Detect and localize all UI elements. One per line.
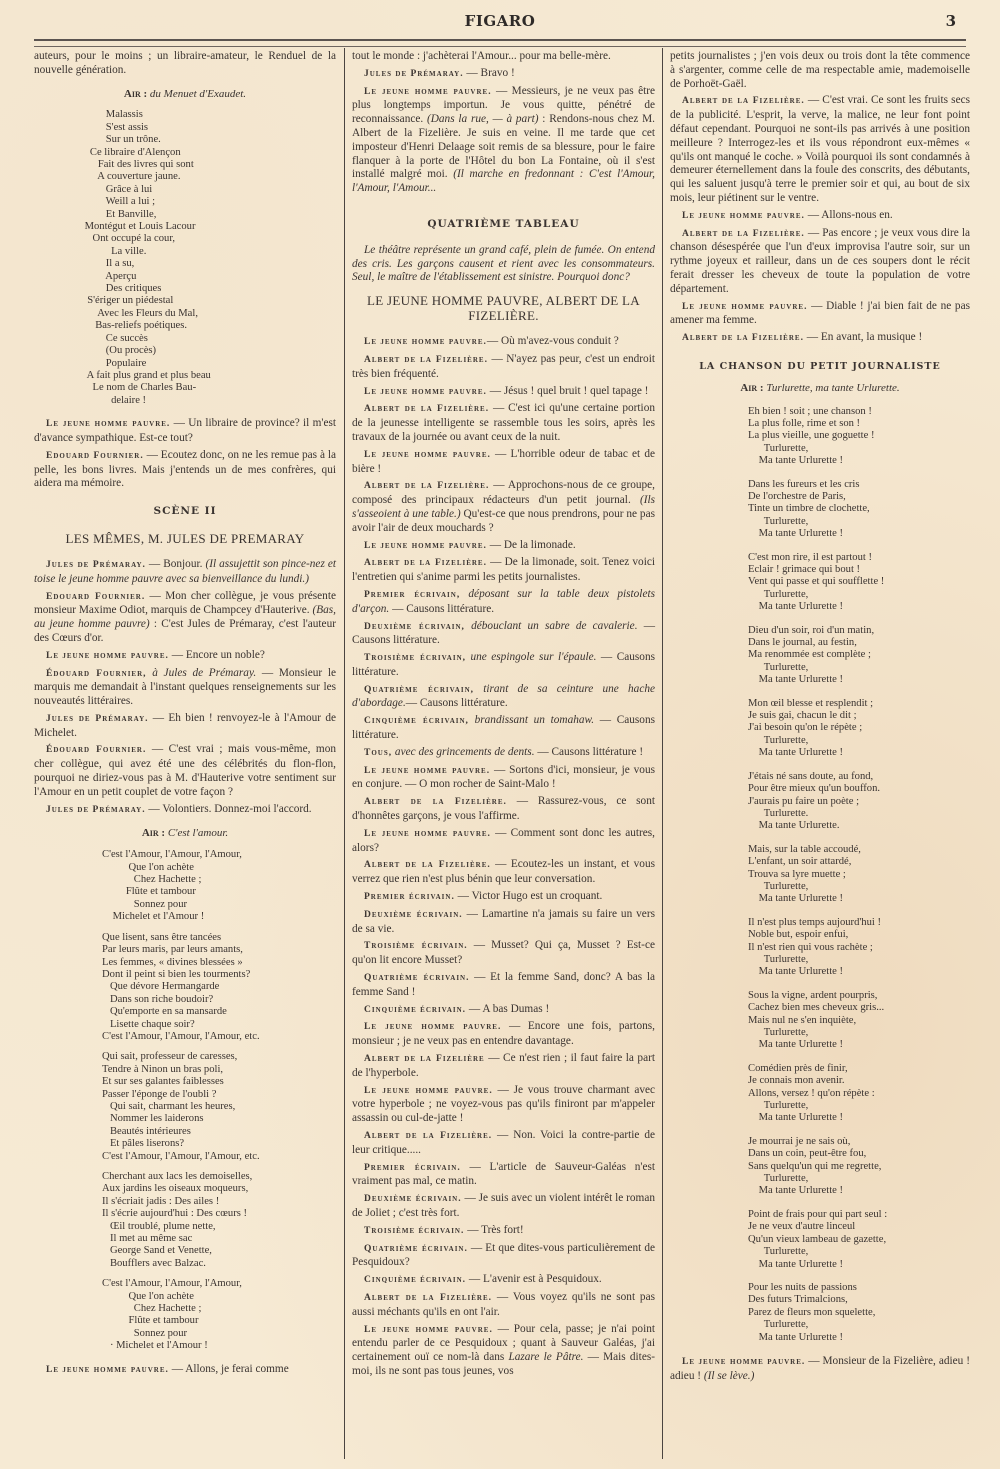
verse-line: Sous la vigne, ardent pourpris, xyxy=(748,990,948,1002)
stage-direction: débouclant un sabre de cavalerie. xyxy=(465,620,638,632)
dialogue-line: Le jeune homme pauvre. — Allons, je fera… xyxy=(34,1363,336,1378)
verse-line: Qu'emporte en sa mansarde xyxy=(102,1006,332,1018)
verse-line: Trouva sa lyre muette ; xyxy=(748,869,948,881)
verse-line: Et sur ses galantes faiblesses xyxy=(102,1076,332,1088)
stage-direction: (Dans la rue, — à part) xyxy=(427,113,539,125)
speaker-name: Édouard Fournier. xyxy=(46,745,146,755)
dialogue-line: Le jeune homme pauvre. — Encore un noble… xyxy=(34,649,336,664)
verse-line: Dans le journal, au festin, xyxy=(748,637,948,649)
stage-direction: (Il se lève.) xyxy=(704,1370,755,1382)
verse-line: Ma tante Urlurette ! xyxy=(748,1039,948,1051)
speaker-name: Albert de la Fizelière. xyxy=(364,404,489,414)
speaker-name: Edouard Fournier. xyxy=(46,592,145,602)
verse-line: Comédien près de finir, xyxy=(748,1063,948,1075)
dialogue-line: Albert de la Fizelière — Ce n'est rien ;… xyxy=(352,1052,655,1081)
verse-line: Turlurette, xyxy=(748,1319,948,1331)
verse-line: Je mourrai je ne sais où, xyxy=(748,1136,948,1148)
verse-line: Ma tante Urlurette ! xyxy=(748,893,948,905)
verse-line: Vent qui passe et qui soufflette ! xyxy=(748,576,948,588)
stage-direction: à Jules de Prémaray. xyxy=(147,667,257,679)
speech: — Volontiers. Donnez-moi l'accord. xyxy=(146,803,312,815)
column-divider xyxy=(344,48,345,1459)
speaker-name: Le jeune homme pauvre. xyxy=(46,651,169,661)
verse-line: Turlurette, xyxy=(748,589,948,601)
verse-line: delaire ! xyxy=(74,395,304,407)
speech: — A bas Dumas ! xyxy=(466,1003,549,1015)
verse-line: Noble but, espoir enfui, xyxy=(748,929,948,941)
verse-line: Pour les nuits de passions xyxy=(748,1282,948,1294)
verse-line: Nommer les laiderons xyxy=(102,1113,332,1125)
verse-line: Ma tante Urlurette ! xyxy=(748,1332,948,1344)
stanza: Pour les nuits de passionsDes futurs Tri… xyxy=(748,1282,948,1344)
verse-line: Allons, versez ! qu'on répète : xyxy=(748,1088,948,1100)
speaker-name: Le jeune homme pauvre. xyxy=(364,337,487,347)
speaker-name: Troisième écrivain. xyxy=(364,1226,464,1236)
stanza: C'est mon rire, il est partout !Eclair !… xyxy=(748,552,948,614)
verse-line: De l'orchestre de Paris, xyxy=(748,491,948,503)
verse-line: Turlurette, xyxy=(748,1027,948,1039)
dialogue-line: Deuxième écrivain, débouclant un sabre d… xyxy=(352,620,655,649)
speech: — Bravo ! xyxy=(464,67,515,79)
speaker-name: Troisième écrivain. xyxy=(364,941,468,951)
verse-line: C'est l'Amour, l'Amour, l'Amour, xyxy=(102,1278,332,1290)
stanza: Comédien près de finir,Je connais mon av… xyxy=(748,1063,948,1125)
verse-line: Cachez bien mes cheveux gris... xyxy=(748,1002,948,1014)
verse-line: C'est l'Amour, l'Amour, l'Amour, xyxy=(102,849,312,861)
stanza: Je mourrai je ne sais où,Dans un coin, p… xyxy=(748,1136,948,1198)
verse-line: Et pâles liserons? xyxy=(102,1138,332,1150)
stage-direction: brandissant un tomahaw. xyxy=(469,714,594,726)
dialogue-line: Le jeune homme pauvre. — Je vous trouve … xyxy=(352,1084,655,1126)
verse-line: Ma renommée est complète ; xyxy=(748,649,948,661)
paragraph: tout le monde : j'achèterai l'Amour... p… xyxy=(352,50,655,64)
verse-line: Dieu d'un soir, roi d'un matin, xyxy=(748,625,948,637)
stage-direction: Le théâtre représente un grand café, ple… xyxy=(352,244,655,285)
speaker-name: Albert de la Fizelière. xyxy=(364,1131,492,1141)
dialogue-line: Le jeune homme pauvre. — Allons-nous en. xyxy=(670,209,970,224)
speaker-name: Le jeune homme pauvre. xyxy=(682,1357,805,1367)
dialogue-line: Deuxième écrivain. — Lamartine n'a jamai… xyxy=(352,908,655,937)
dialogue-line: Albert de la Fizelière. — Rassurez-vous,… xyxy=(352,795,655,824)
speaker-name: Quatrième écrivain. xyxy=(364,973,469,983)
speaker-name: Albert de la Fizelière. xyxy=(364,797,507,807)
speech: — Causons littérature. xyxy=(406,697,508,709)
speaker-name: Deuxième écrivain. xyxy=(364,1194,462,1204)
verse-line: Passer l'éponge de l'oubli ? xyxy=(102,1089,332,1101)
verse-line: Il s'écrie aujourd'hui : Des cœurs ! xyxy=(102,1208,332,1220)
dialogue-line: Troisième écrivain. — Très fort! xyxy=(352,1224,655,1239)
verse-line: Aux jardins les oiseaux moqueurs, xyxy=(102,1183,332,1195)
dialogue-line: Le jeune homme pauvre. — Encore une fois… xyxy=(352,1020,655,1049)
verse-line: Turlurette, xyxy=(748,1246,948,1258)
speaker-name: Albert de la Fizelière. xyxy=(682,229,805,239)
column-3: petits journalistes ; j'en vois deux ou … xyxy=(670,50,970,1387)
dialogue-line: Albert de la Fizelière. — Ecoutez-les un… xyxy=(352,858,655,887)
verse-line: Turlurette, xyxy=(748,1100,948,1112)
verse-line: A couverture jaune. xyxy=(74,171,304,183)
verse-line: Turlurette, xyxy=(748,1173,948,1185)
dialogue-line: Albert de la Fizelière. — Non. Voici la … xyxy=(352,1129,655,1158)
verse-line: Turlurette, xyxy=(748,954,948,966)
verse-line: Turlurette, xyxy=(748,662,948,674)
speaker-name: Albert de la Fizelière xyxy=(364,1054,485,1064)
speech: — Très fort! xyxy=(464,1224,523,1236)
verse: Malassis S'est assis Sur un trône. Ce li… xyxy=(74,109,304,407)
stanza: Dieu d'un soir, roi d'un matin,Dans le j… xyxy=(748,625,948,687)
speaker-name: Albert de la Fizelière. xyxy=(682,333,804,343)
dialogue-line: Cinquième écrivain, brandissant un tomah… xyxy=(352,714,655,743)
dialogue-line: Édouard Fournier. — C'est vrai ; mais vo… xyxy=(34,743,336,799)
speech: — Jésus ! quel bruit ! quel tapage ! xyxy=(487,385,649,397)
verse-line: Turlurette, xyxy=(748,735,948,747)
stanza: Il n'est plus temps aujourd'hui !Noble b… xyxy=(748,917,948,979)
verse-line: Cherchant aux lacs les demoiselles, xyxy=(102,1171,332,1183)
verse-line: C'est mon rire, il est partout ! xyxy=(748,552,948,564)
dialogue-line: Jules de Prémaray. — Bravo ! xyxy=(352,67,655,82)
verse-line: Pour être mieux qu'un bouffon. xyxy=(748,783,948,795)
dialogue-line: Tous, avec des grincements de dents. — C… xyxy=(352,746,655,761)
speaker-name: Édouard Fournier, xyxy=(46,669,147,679)
header-rule xyxy=(34,39,966,47)
verse-line: Il met au même sac xyxy=(102,1233,332,1245)
page-number: 3 xyxy=(946,12,956,30)
dialogue-line: Albert de la Fizelière. — En avant, la m… xyxy=(670,331,970,346)
verse-line: Chez Hachette ; xyxy=(102,874,312,886)
verse-line: Sonnez pour xyxy=(102,899,312,911)
verse-line: Ce succès xyxy=(74,333,304,345)
verse-line: Turlurette. xyxy=(748,808,948,820)
verse-line: Sans quelqu'un qui me regrette, xyxy=(748,1161,948,1173)
speech: — L'avenir est à Pesquidoux. xyxy=(466,1273,602,1285)
verse-line: Parez de fleurs mon squelette, xyxy=(748,1307,948,1319)
stanza: Dans les fureurs et les crisDe l'orchest… xyxy=(748,479,948,541)
dialogue-line: Le jeune homme pauvre. — Monsieur de la … xyxy=(670,1355,970,1384)
dialogue-line: Édouard Fournier, à Jules de Prémaray. —… xyxy=(34,667,336,709)
verse-line: Michelet et l'Amour ! xyxy=(102,911,312,923)
verse-line: Que l'on achète xyxy=(102,862,312,874)
verse-line: C'est l'Amour, l'Amour, l'Amour, etc. xyxy=(102,1151,332,1163)
verse-line: Ma tante Urlurette. xyxy=(748,820,948,832)
verse-line: Dans les fureurs et les cris xyxy=(748,479,948,491)
verse-line: Malassis xyxy=(74,109,304,121)
speech: — Allons-nous en. xyxy=(805,209,893,221)
speech: — Causons littérature. xyxy=(389,603,494,615)
verse-line: Ma tante Urlurette ! xyxy=(748,1112,948,1124)
stage-direction: Lazare le Pâtre. xyxy=(508,1351,583,1363)
column-divider xyxy=(662,48,663,1459)
verse-line: Ma tante Urlurette ! xyxy=(748,1185,948,1197)
verse-line: Mais, sur la table accoudé, xyxy=(748,844,948,856)
dialogue-line: Premier écrivain, déposant sur la table … xyxy=(352,588,655,617)
verse-line: La plus vieille, une goguette ! xyxy=(748,430,948,442)
speaker-name: Albert de la Fizelière. xyxy=(364,481,489,491)
verse-line: Boufflers avec Balzac. xyxy=(102,1258,332,1270)
stage-direction: une espingole sur l'épaule. xyxy=(466,651,596,663)
dialogue-line: Le jeune homme pauvre. — Jésus ! quel br… xyxy=(352,385,655,400)
verse-line: Dans un coin, peut-être fou, xyxy=(748,1148,948,1160)
verse-line: Qui sait, professeur de caresses, xyxy=(102,1051,332,1063)
verse-line: Dans son riche boudoir? xyxy=(102,994,332,1006)
verse-line: Grâce à lui xyxy=(74,184,304,196)
dialogue-line: Albert de la Fizelière. — C'est vrai. Ce… xyxy=(670,94,970,205)
verse-line: George Sand et Venette, xyxy=(102,1245,332,1257)
verse-line: Des critiques xyxy=(74,283,304,295)
dialogue-line: Le jeune homme pauvre. — Pour cela, pass… xyxy=(352,1323,655,1379)
tableau-title: QUATRIÈME TABLEAU xyxy=(352,218,655,232)
verse-line: Chez Hachette ; xyxy=(102,1303,332,1315)
speaker-name: Albert de la Fizelière. xyxy=(364,860,491,870)
dialogue-line: Jules de Prémaray. — Volontiers. Donnez-… xyxy=(34,803,336,818)
dialogue-line: Albert de la Fizelière. — C'est ici qu'u… xyxy=(352,402,655,444)
verse-line: J'aurais pu faire un poète ; xyxy=(748,796,948,808)
dialogue-line: Le jeune homme pauvre. — Un libraire de … xyxy=(34,417,336,446)
scene-heading: LE JEUNE HOMME PAUVRE, ALBERT DE LA FIZE… xyxy=(352,293,655,323)
speech: — Encore un noble? xyxy=(169,649,265,661)
dialogue-line: Premier écrivain. — Victor Hugo est un c… xyxy=(352,890,655,905)
verse-line: Tinte un timbre de clochette, xyxy=(748,503,948,515)
verse-line: Ont occupé la cour, xyxy=(74,233,304,245)
speaker-name: Jules de Prémaray. xyxy=(46,714,149,724)
verse-line: Sur un trône. xyxy=(74,134,304,146)
verse-line: J'étais né sans doute, au fond, xyxy=(748,771,948,783)
verse-line: Ma tante Urlurette ! xyxy=(748,455,948,467)
verse-line: Des futurs Trimalcions, xyxy=(748,1294,948,1306)
speaker-name: Albert de la Fizelière. xyxy=(364,558,487,568)
stanza: Sous la vigne, ardent pourpris,Cachez bi… xyxy=(748,990,948,1052)
masthead: FIGARO 3 xyxy=(34,8,966,36)
speaker-name: Jules de Prémaray. xyxy=(46,560,146,570)
verse-line: Montégut et Louis Lacour xyxy=(74,221,304,233)
speaker-name: Le jeune homme pauvre. xyxy=(364,1086,493,1096)
dialogue-line: Le jeune homme pauvre. — Comment sont do… xyxy=(352,827,655,856)
verse-line: Que dévore Hermangarde xyxy=(102,981,332,993)
speech: — C'est vrai. Ce sont les fruits secs de… xyxy=(670,94,970,204)
verse: Cherchant aux lacs les demoiselles,Aux j… xyxy=(102,1171,332,1270)
dialogue-line: Le jeune homme pauvre.— Où m'avez-vous c… xyxy=(352,335,655,350)
stanza: Eh bien ! soit ; une chanson !La plus fo… xyxy=(748,406,948,468)
speaker-name: Cinquième écrivain, xyxy=(364,716,469,726)
speech: — Où m'avez-vous conduit ? xyxy=(487,335,619,347)
verse-line: Dont il peint si bien les tourments? xyxy=(102,969,332,981)
verse-line: Que lisent, sans être tancées xyxy=(102,932,332,944)
dialogue-line: Quatrième écrivain, tirant de sa ceintur… xyxy=(352,683,655,712)
speaker-name: Le jeune homme pauvre. xyxy=(364,387,487,397)
speaker-name: Quatrième écrivain, xyxy=(364,685,474,695)
verse-line: Et Banville, xyxy=(74,209,304,221)
dialogue-line: Deuxième écrivain. — Je suis avec un vio… xyxy=(352,1192,655,1221)
paragraph: auteurs, pour le moins ; un libraire-ama… xyxy=(34,50,336,78)
verse-line: Mais nul ne s'en inquiète, xyxy=(748,1015,948,1027)
speaker-name: Deuxième écrivain, xyxy=(364,622,465,632)
dialogue-line: Edouard Fournier. — Mon cher collègue, j… xyxy=(34,590,336,646)
verse: C'est l'Amour, l'Amour, l'Amour, Que l'o… xyxy=(102,849,312,923)
verse-line: Aperçu xyxy=(74,271,304,283)
column-1: auteurs, pour le moins ; un libraire-ama… xyxy=(34,50,336,1381)
speaker-name: Tous, xyxy=(364,748,392,758)
verse-line: Lisette chaque soir? xyxy=(102,1019,332,1031)
verse-line: Œil troublé, plume nette, xyxy=(102,1221,332,1233)
stanza: Mais, sur la table accoudé,L'enfant, un … xyxy=(748,844,948,906)
verse-line: Turlurette, xyxy=(748,443,948,455)
verse-line: La plus folle, rime et son ! xyxy=(748,418,948,430)
speaker-name: Cinquième écrivain. xyxy=(364,1275,466,1285)
dialogue-line: Albert de la Fizelière. — Pas encore ; j… xyxy=(670,227,970,297)
verse: Que lisent, sans être tancéesPar leurs m… xyxy=(102,932,332,1044)
speaker-name: Premier écrivain. xyxy=(364,892,455,902)
speaker-name: Albert de la Fizelière. xyxy=(364,355,488,365)
verse-line: Que l'on achète xyxy=(102,1291,332,1303)
verse-line: Weill a lui ; xyxy=(74,196,304,208)
speaker-name: Quatrième écrivain. xyxy=(364,1244,468,1254)
speaker-name: Albert de la Fizelière. xyxy=(682,96,805,106)
speaker-name: Cinquième écrivain. xyxy=(364,1005,466,1015)
stanza: J'étais né sans doute, au fond,Pour être… xyxy=(748,771,948,833)
verse-line: Flûte et tambour xyxy=(102,886,312,898)
speech: — Allons, je ferai comme xyxy=(169,1363,289,1375)
dialogue-line: Cinquième écrivain. — A bas Dumas ! xyxy=(352,1003,655,1018)
verse-line: S'est assis xyxy=(74,122,304,134)
air-line: Air : Turlurette, ma tante Urlurette. xyxy=(670,382,970,396)
verse: C'est l'Amour, l'Amour, l'Amour, Que l'o… xyxy=(102,1278,332,1352)
verse-line: Il n'est rien qui vous rachète ; xyxy=(748,942,948,954)
dialogue-line: Cinquième écrivain. — L'avenir est à Pes… xyxy=(352,1273,655,1288)
speaker-name: Jules de Prémaray. xyxy=(364,69,464,79)
column-2: tout le monde : j'achèterai l'Amour... p… xyxy=(352,50,655,1382)
verse-line: C'est l'Amour, l'Amour, l'Amour, etc. xyxy=(102,1031,332,1043)
verse-line: Ce libraire d'Alençon xyxy=(74,147,304,159)
speaker-name: Le jeune homme pauvre. xyxy=(364,829,491,839)
verse-line: Qui sait, charmant les heures, xyxy=(102,1101,332,1113)
verse-line: S'ériger un piédestal xyxy=(74,295,304,307)
verse-line: Turlurette, xyxy=(748,516,948,528)
verse-line: Fait des livres qui sont xyxy=(74,159,304,171)
air-line: Air : C'est l'amour. xyxy=(34,827,336,841)
speaker-name: Le jeune homme pauvre. xyxy=(364,1325,493,1335)
verse-line: Sonnez pour xyxy=(102,1328,332,1340)
verse-line: Il a su, xyxy=(74,258,304,270)
verse-line: Je suis gai, chacun le dit ; xyxy=(748,710,948,722)
speaker-name: Le jeune homme pauvre. xyxy=(364,87,492,97)
verse-line: Qu'un vieux lambeau de gazette, xyxy=(748,1234,948,1246)
speaker-name: Premier écrivain. xyxy=(364,1163,461,1173)
air-line: Air : du Menuet d'Exaudet. xyxy=(34,88,336,102)
speaker-name: Le jeune homme pauvre. xyxy=(682,211,805,221)
speaker-name: Le jeune homme pauvre. xyxy=(46,419,170,429)
verse-line: Les femmes, « divines blessées » xyxy=(102,957,332,969)
verse-line: Il s'écriait jadis : Des ailes ! xyxy=(102,1196,332,1208)
verse-line: Je ne veux d'autre linceul xyxy=(748,1221,948,1233)
dialogue-line: Le jeune homme pauvre. — Diable ! j'ai b… xyxy=(670,300,970,329)
song-title: LA CHANSON DU PETIT JOURNALISTE xyxy=(670,360,970,374)
verse-line: Ma tante Urlurette ! xyxy=(748,528,948,540)
speech: — De la limonade. xyxy=(487,539,576,551)
verse-line: J'ai besoin qu'on le répète ; xyxy=(748,722,948,734)
paragraph: petits journalistes ; j'en vois deux ou … xyxy=(670,50,970,91)
dialogue-line: Albert de la Fizelière. — De la limonade… xyxy=(352,556,655,585)
speaker-name: Troisième écrivain, xyxy=(364,653,466,663)
speech: — Causons littérature ! xyxy=(535,746,644,758)
speaker-name: Deuxième écrivain. xyxy=(364,910,463,920)
verse-line: Flûte et tambour xyxy=(102,1315,332,1327)
speech: — Bonjour. xyxy=(146,558,206,570)
speaker-name: Premier écrivain, xyxy=(364,590,460,600)
dialogue-line: Albert de la Fizelière. — N'ayez pas peu… xyxy=(352,353,655,382)
verse-line: Ma tante Urlurette ! xyxy=(748,966,948,978)
verse-line: Avec les Fleurs du Mal, xyxy=(74,308,304,320)
scene-title: SCÈNE II xyxy=(34,505,336,519)
verse-line: Eh bien ! soit ; une chanson ! xyxy=(748,406,948,418)
verse-line: Point de frais pour qui part seul : xyxy=(748,1209,948,1221)
dialogue-line: Le jeune homme pauvre. — Sortons d'ici, … xyxy=(352,764,655,793)
verse-line: Bas-reliefs poétiques. xyxy=(74,320,304,332)
verse-line: Ma tante Urlurette ! xyxy=(748,674,948,686)
verse-line: L'enfant, un soir attardé, xyxy=(748,856,948,868)
dialogue-line: Jules de Prémaray. — Eh bien ! renvoyez-… xyxy=(34,712,336,741)
dialogue-line: Quatrième écrivain. — Et la femme Sand, … xyxy=(352,971,655,1000)
speaker-name: Le jeune homme pauvre. xyxy=(682,302,807,312)
verse-line: La ville. xyxy=(74,246,304,258)
scene-heading: LES MÊMES, M. JULES DE PREMARAY xyxy=(34,531,336,546)
dialogue-line: Edouard Fournier. — Ecoutez donc, on ne … xyxy=(34,449,336,491)
speech: — En avant, la musique ! xyxy=(804,331,922,343)
dialogue-line: Jules de Prémaray. — Bonjour. (Il assuje… xyxy=(34,558,336,587)
dialogue-line: Albert de la Fizelière. — Vous voyez qu'… xyxy=(352,1291,655,1320)
dialogue-line: Troisième écrivain, une espingole sur l'… xyxy=(352,651,655,680)
stanza: Point de frais pour qui part seul :Je ne… xyxy=(748,1209,948,1271)
verse-line: Il n'est plus temps aujourd'hui ! xyxy=(748,917,948,929)
verse-line: Eclair ! grimace qui bout ! xyxy=(748,564,948,576)
newspaper-title: FIGARO xyxy=(34,12,966,30)
verse-line: Ma tante Urlurette ! xyxy=(748,747,948,759)
verse: Qui sait, professeur de caresses,Tendre … xyxy=(102,1051,332,1163)
speaker-name: Le jeune homme pauvre. xyxy=(364,450,491,460)
speaker-name: Le jeune homme pauvre. xyxy=(364,766,490,776)
verse-line: Je connais mon avenir. xyxy=(748,1075,948,1087)
verse-line: · Michelet et l'Amour ! xyxy=(102,1340,332,1352)
dialogue-line: Le jeune homme pauvre. — De la limonade. xyxy=(352,539,655,554)
dialogue-line: Quatrième écrivain. — Et que dites-vous … xyxy=(352,1242,655,1271)
verse-line: Populaire xyxy=(74,358,304,370)
verse-line: Par leurs maris, par leurs amants, xyxy=(102,944,332,956)
verse-line: Tendre à Ninon un bras poli, xyxy=(102,1064,332,1076)
dialogue-line: Troisième écrivain. — Musset? Qui ça, Mu… xyxy=(352,939,655,968)
verse-line: A fait plus grand et plus beau xyxy=(74,370,304,382)
speaker-name: Le jeune homme pauvre. xyxy=(364,541,487,551)
speaker-name: Edouard Fournier. xyxy=(46,451,144,461)
dialogue-line: Le jeune homme pauvre. — Messieurs, je n… xyxy=(352,85,655,196)
dialogue-line: Albert de la Fizelière. — Approchons-nou… xyxy=(352,479,655,535)
speaker-name: Le jeune homme pauvre. xyxy=(364,1022,501,1032)
dialogue-line: Le jeune homme pauvre. — L'horrible odeu… xyxy=(352,448,655,477)
speaker-name: Le jeune homme pauvre. xyxy=(46,1365,169,1375)
verse-line: (Ou procès) xyxy=(74,345,304,357)
stanza: Mon œil blesse et resplendit ;Je suis ga… xyxy=(748,698,948,760)
verse-line: Turlurette, xyxy=(748,881,948,893)
verse-line: Le nom de Charles Bau- xyxy=(74,382,304,394)
verse-line: Beautés intérieures xyxy=(102,1126,332,1138)
verse-line: Ma tante Urlurette ! xyxy=(748,1259,948,1271)
verse-line: Ma tante Urlurette ! xyxy=(748,601,948,613)
verse-line: Mon œil blesse et resplendit ; xyxy=(748,698,948,710)
speaker-name: Jules de Prémaray. xyxy=(46,805,146,815)
stage-direction: avec des grincements de dents. xyxy=(392,746,534,758)
dialogue-line: Premier écrivain. — L'article de Sauveur… xyxy=(352,1161,655,1190)
speaker-name: Albert de la Fizelière. xyxy=(364,1293,492,1303)
speech: — Victor Hugo est un croquant. xyxy=(455,890,603,902)
